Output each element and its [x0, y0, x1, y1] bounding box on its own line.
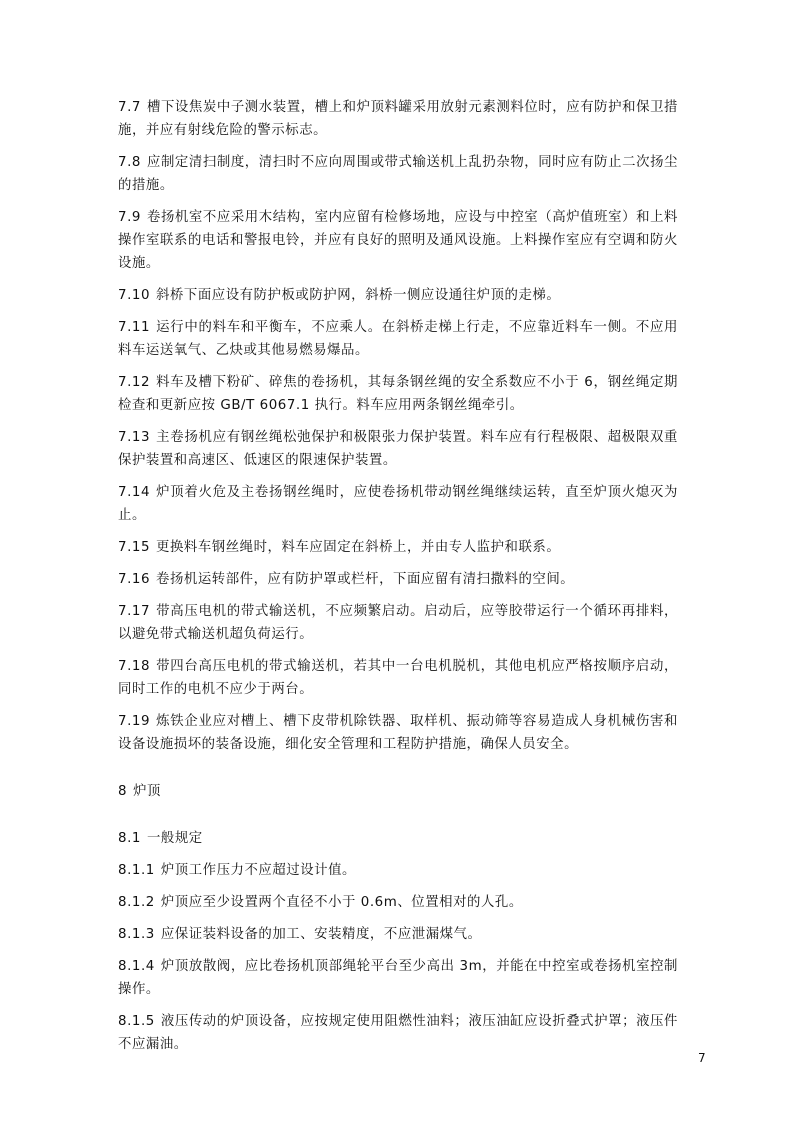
clause-8-1-1: 8.1.1炉顶工作压力不应超过设计值。	[118, 859, 678, 882]
clause-7-15: 7.15更换料车钢丝绳时，料车应固定在斜桥上，并由专人监护和联系。	[118, 536, 678, 559]
clause-7-10: 7.10斜桥下面应设有防护板或防护网，斜桥一侧应设通往炉顶的走梯。	[118, 284, 678, 307]
clause-7-7: 7.7槽下设焦炭中子测水装置，槽上和炉顶料罐采用放射元素测料位时，应有防护和保卫…	[118, 96, 678, 142]
clause-7-8: 7.8应制定清扫制度，清扫时不应向周围或带式输送机上乱扔杂物，同时应有防止二次扬…	[118, 151, 678, 197]
clause-7-13: 7.13主卷扬机应有钢丝绳松弛保护和极限张力保护装置。料车应有行程极限、超极限双…	[118, 426, 678, 472]
clause-7-12: 7.12料车及槽下粉矿、碎焦的卷扬机，其每条钢丝绳的安全系数应不小于 6，钢丝绳…	[118, 371, 678, 417]
clause-7-17: 7.17带高压电机的带式输送机，不应频繁启动。启动后，应等胶带运行一个循环再排料…	[118, 600, 678, 646]
clause-8-1-4: 8.1.4炉顶放散阀，应比卷扬机顶部绳轮平台至少高出 3m，并能在中控室或卷扬机…	[118, 955, 678, 1001]
clause-8-1-3: 8.1.3应保证装料设备的加工、安装精度，不应泄漏煤气。	[118, 923, 678, 946]
clause-7-16: 7.16卷扬机运转部件，应有防护罩或栏杆，下面应留有清扫撒料的空间。	[118, 568, 678, 591]
clause-7-19: 7.19炼铁企业应对槽上、槽下皮带机除铁器、取样机、振动筛等容易造成人身机械伤害…	[118, 710, 678, 756]
clause-8-1-2: 8.1.2炉顶应至少设置两个直径不小于 0.6m、位置相对的人孔。	[118, 891, 678, 914]
page-number: 7	[698, 1051, 706, 1065]
chapter-heading: 8炉顶	[118, 780, 678, 803]
clause-7-18: 7.18带四台高压电机的带式输送机，若其中一台电机脱机，其他电机应严格按顺序启动…	[118, 655, 678, 701]
document-page: 7.7槽下设焦炭中子测水装置，槽上和炉顶料罐采用放射元素测料位时，应有防护和保卫…	[118, 96, 678, 1065]
clause-7-11: 7.11运行中的料车和平衡车，不应乘人。在斜桥走梯上行走，不应靠近料车一侧。不应…	[118, 316, 678, 362]
clause-8-1-5: 8.1.5液压传动的炉顶设备，应按规定使用阻燃性油料；液压油缸应设折叠式护罩；液…	[118, 1010, 678, 1056]
section-heading: 8.1一般规定	[118, 827, 678, 850]
clause-7-9: 7.9卷扬机室不应采用木结构，室内应留有检修场地，应设与中控室（高炉值班室）和上…	[118, 206, 678, 275]
clause-7-14: 7.14炉顶着火危及主卷扬钢丝绳时，应使卷扬机带动钢丝绳继续运转，直至炉顶火熄灭…	[118, 481, 678, 527]
